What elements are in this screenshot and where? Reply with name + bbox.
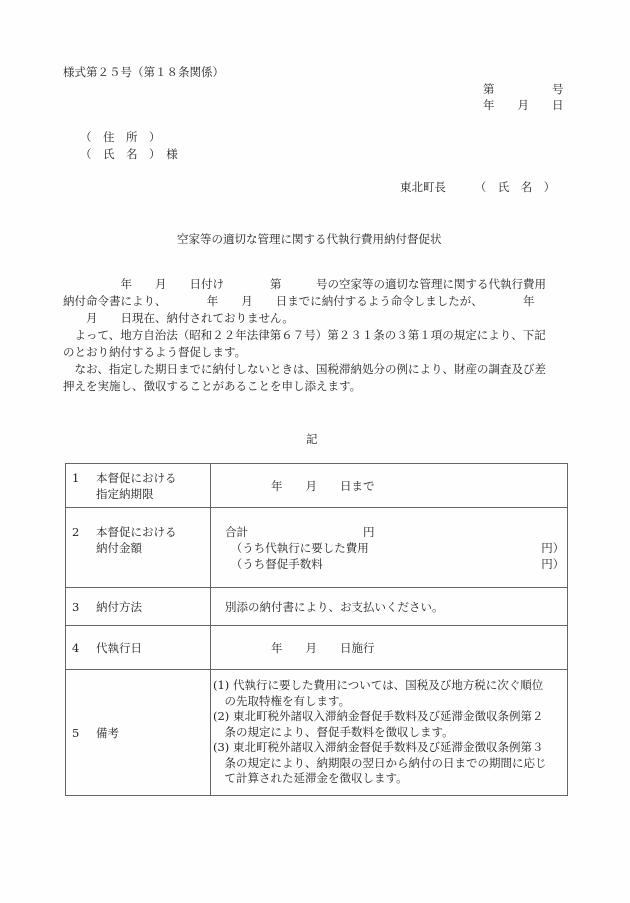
recipient-address: （ 住 所 ）	[80, 130, 161, 144]
execution-date-value: 年 月 日施行	[211, 626, 568, 670]
form-number: 様式第２５号（第１８条関係）	[63, 65, 224, 79]
amount-label: 2本督促における 納付金額	[66, 508, 211, 588]
payment-method-value: 別添の納付書により、お支払いください。	[211, 588, 568, 626]
deadline-label: 1本督促における 指定納期限	[66, 464, 211, 508]
deadline-value: 年 月 日まで	[211, 464, 568, 508]
remarks-value: (1) 代執行に要した費用については、国税及び地方税に次ぐ順位 の先取特権を有し…	[211, 670, 568, 796]
body-paragraph-1-line-1: 年 月 日付け 第 号の空家等の適切な管理に関する代執行費用	[63, 277, 546, 291]
execution-date-label: 4代執行日	[66, 626, 211, 670]
table-row: 5備考 (1) 代執行に要した費用については、国税及び地方税に次ぐ順位 の先取特…	[66, 670, 568, 796]
remark-line: (1) 代執行に要した費用については、国税及び地方税に次ぐ順位	[213, 678, 567, 694]
body-paragraph-3-line-1: なお、指定した期日までに納付しないときは、国税滞納処分の例により、財産の調査及び…	[63, 362, 546, 376]
table-row: 1本督促における 指定納期限 年 月 日まで	[66, 464, 568, 508]
payment-method-label: 3納付方法	[66, 588, 211, 626]
table-row: 4代執行日 年 月 日施行	[66, 626, 568, 670]
amount-total: 合計 円	[225, 524, 567, 540]
remark-line: て計算された延滞金を徴収します。	[213, 771, 567, 787]
body-paragraph-2-line-1: よって、地方自治法（昭和２２年法律第６７号）第２３１条の３第１項の規定により、下…	[63, 328, 546, 342]
remark-line: (3) 東北町税外諸収入滞納金督促手数料及び延滞金徴収条例第３	[213, 740, 567, 756]
body-paragraph-1-line-3: 月 日現在、納付されておりません。	[63, 311, 294, 325]
document-date: 年 月 日	[483, 98, 564, 112]
body-paragraph-1-line-2: 納付命令書により、 年 月 日までに納付するよう命令しましたが、 年	[63, 294, 535, 308]
details-table: 1本督促における 指定納期限 年 月 日まで 2本督促における 納付金額 合計 …	[65, 463, 568, 796]
table-row: 2本督促における 納付金額 合計 円 （うち代執行に要した費用 円） （うち督促…	[66, 508, 568, 588]
ki-heading: 記	[306, 432, 318, 446]
amount-execution-cost: （うち代執行に要した費用 円）	[225, 540, 567, 556]
body-paragraph-2-line-2: のとおり納付するよう督促します。	[63, 345, 246, 359]
remark-line: 条の規定により、納期限の翌日から納付の日までの期間に応じ	[213, 756, 567, 772]
recipient-name: （ 氏 名 ） 様	[80, 147, 178, 161]
remark-line: 条の規定により、督促手数料を徴収します。	[213, 725, 567, 741]
document-number: 第 号	[483, 82, 564, 96]
remark-line: の先取特権を有します。	[213, 694, 567, 710]
body-paragraph-3-line-2: 押えを実施し、徴収することがあることを申し添えます。	[63, 379, 361, 393]
remarks-label: 5備考	[66, 670, 211, 796]
document-title: 空家等の適切な管理に関する代執行費用納付督促状	[177, 232, 442, 246]
remark-line: (2) 東北町税外諸収入滞納金督促手数料及び延滞金徴収条例第２	[213, 709, 567, 725]
amount-value: 合計 円 （うち代執行に要した費用 円） （うち督促手数料 円）	[211, 508, 568, 588]
issuer: 東北町長 （ 氏 名 ）	[400, 180, 555, 194]
table-row: 3納付方法 別添の納付書により、お支払いください。	[66, 588, 568, 626]
amount-reminder-fee: （うち督促手数料 円）	[225, 556, 567, 572]
